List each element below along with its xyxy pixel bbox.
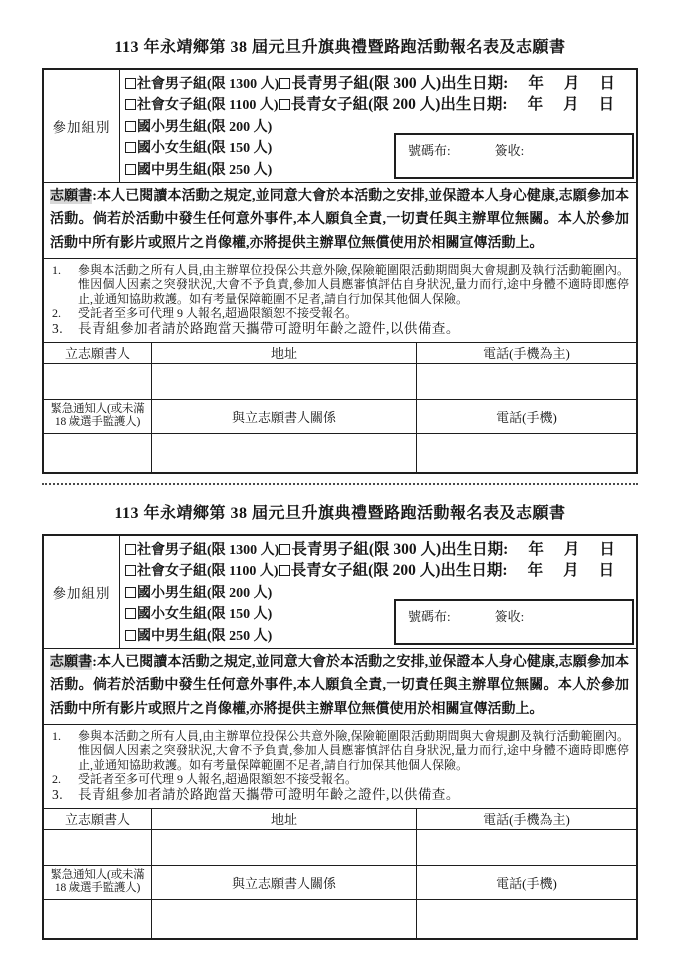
form-table: 參加組別 社會男子組(限 1300 人)長青男子組(限 300 人)出生日期:年… [42,534,638,940]
emergency-name-field[interactable] [44,434,152,472]
note-number: 1. [52,729,78,772]
option-label-senior-men: 長青男子組(限 300 人) [291,75,441,92]
checkbox-social-women[interactable] [125,99,136,110]
option-label-social-women: 社會女子組(限 1100 人) [137,564,279,579]
pledge-paragraph: 志願書:本人已閱讀本活動之規定,並同意大會於本活動之安排,並保證本人身心健康,志… [44,183,636,259]
bib-label: 號碼布: [408,606,451,625]
day-label: 日 [599,96,615,113]
pledge-heading: 志願書 [50,655,92,670]
header-applicant: 立志願書人 [44,343,152,364]
birthdate-label: 出生日期: [440,96,507,113]
category-options: 社會男子組(限 1300 人)長青男子組(限 300 人)出生日期:年月日 社會… [120,70,636,182]
month-label: 月 [564,541,580,558]
bib-label: 號碼布: [408,140,451,159]
bib-box: 號碼布:簽收: [394,599,634,645]
option-label-elementary-boys: 國小男生組(限 200 人) [137,120,272,135]
year-label: 年 [528,541,544,558]
emergency-label-line1: 緊急通知人(或未滿 [50,403,144,417]
emergency-name-field[interactable] [44,900,152,938]
pledge-paragraph: 志願書:本人已閱讀本活動之規定,並同意大會於本活動之安排,並保證本人身心健康,志… [44,649,636,725]
header-phone: 電話(手機) [417,400,636,434]
option-label-senior-women: 長青女子組(限 200 人) [291,96,441,113]
sign-label: 簽收: [495,606,525,625]
birthdate-label: 出生日期: [440,562,507,579]
pledge-heading: 志願書 [50,189,92,204]
category-label: 參加組別 [44,536,120,648]
year-label: 年 [528,96,544,113]
note-text: 長青組參加者請於路跑當天攜帶可證明年齡之證件,以供備查。 [78,320,629,338]
note-item-1: 1.參與本活動之所有人員,由主辦單位投保公共意外險,保險範圍限活動期間與大會規劃… [52,729,629,772]
month-label: 月 [563,562,579,579]
month-label: 月 [564,75,580,92]
option-label-social-men: 社會男子組(限 1300 人) [137,543,279,558]
checkbox-senior-men[interactable] [279,544,290,555]
header-applicant: 立志願書人 [44,809,152,830]
option-label-elementary-boys: 國小男生組(限 200 人) [137,586,272,601]
category-label: 參加組別 [44,70,120,182]
option-line-men: 社會男子組(限 1300 人)長青男子組(限 300 人)出生日期:年月日 [125,539,636,560]
applicant-name-field[interactable] [44,830,152,866]
note-text: 參與本活動之所有人員,由主辦單位投保公共意外險,保險範圍限活動期間與大會規劃及執… [78,263,629,306]
month-label: 月 [563,96,579,113]
category-options: 社會男子組(限 1300 人)長青男子組(限 300 人)出生日期:年月日 社會… [120,536,636,648]
checkbox-elementary-girls[interactable] [125,608,136,619]
checkbox-social-women[interactable] [125,565,136,576]
option-line-women: 社會女子組(限 1100 人)長青女子組(限 200 人)出生日期:年月日 [125,94,636,115]
day-label: 日 [599,541,615,558]
bib-number-field[interactable] [451,140,495,154]
sign-field[interactable] [524,140,568,154]
contact-table: 立志願書人 地址 電話(手機為主) 緊急通知人(或未滿 18 歲選手監護人) 與… [44,809,636,938]
note-number: 1. [52,263,78,306]
note-item-2: 2.受託者至多可代理 9 人報名,超過限額恕不接受報名。 [52,772,629,786]
bib-box: 號碼布:簽收: [394,133,634,179]
applicant-phone-field[interactable] [417,830,636,866]
applicant-address-field[interactable] [152,830,417,866]
header-phone: 電話(手機) [417,866,636,900]
form-table: 參加組別 社會男子組(限 1300 人)長青男子組(限 300 人)出生日期:年… [42,68,638,474]
note-number: 2. [52,772,78,786]
year-label: 年 [528,75,544,92]
note-text: 長青組參加者請於路跑當天攜帶可證明年齡之證件,以供備查。 [78,786,629,804]
emergency-relation-field[interactable] [152,434,417,472]
emergency-phone-field[interactable] [417,900,636,938]
emergency-phone-field[interactable] [417,434,636,472]
note-item-2: 2.受託者至多可代理 9 人報名,超過限額恕不接受報名。 [52,306,629,320]
note-number: 3. [52,786,78,804]
option-label-junior-boys: 國中男生組(限 250 人) [137,629,272,644]
checkbox-junior-boys[interactable] [125,164,136,175]
sign-label: 簽收: [495,140,525,159]
contact-table: 立志願書人 地址 電話(手機為主) 緊急通知人(或未滿 18 歲選手監護人) 與… [44,343,636,472]
checkbox-social-men[interactable] [125,78,136,89]
emergency-label-line2: 18 歲選手監護人) [55,882,140,896]
form-copy-1: 113 年永靖鄉第 38 屆元旦升旗典禮暨路跑活動報名表及志願書 參加組別 社會… [42,34,638,474]
header-emergency-contact: 緊急通知人(或未滿 18 歲選手監護人) [44,400,152,434]
category-row: 參加組別 社會男子組(限 1300 人)長青男子組(限 300 人)出生日期:年… [44,536,636,649]
note-item-1: 1.參與本活動之所有人員,由主辦單位投保公共意外險,保險範圍限活動期間與大會規劃… [52,263,629,306]
option-label-senior-men: 長青男子組(限 300 人) [291,541,441,558]
checkbox-junior-boys[interactable] [125,630,136,641]
bib-number-field[interactable] [451,606,495,620]
applicant-name-field[interactable] [44,364,152,400]
emergency-relation-field[interactable] [152,900,417,938]
notes-list: 1.參與本活動之所有人員,由主辦單位投保公共意外險,保險範圍限活動期間與大會規劃… [44,725,636,809]
checkbox-elementary-girls[interactable] [125,142,136,153]
day-label: 日 [599,562,615,579]
applicant-address-field[interactable] [152,364,417,400]
pledge-text: :本人已閱讀本活動之規定,並同意大會於本活動之安排,並保證本人身心健康,志願參加… [50,655,629,717]
option-line-men: 社會男子組(限 1300 人)長青男子組(限 300 人)出生日期:年月日 [125,73,636,94]
checkbox-elementary-boys[interactable] [125,587,136,598]
header-address: 地址 [152,343,417,364]
checkbox-senior-women[interactable] [279,565,290,576]
category-row: 參加組別 社會男子組(限 1300 人)長青男子組(限 300 人)出生日期:年… [44,70,636,183]
header-phone-primary: 電話(手機為主) [417,809,636,830]
form-title: 113 年永靖鄉第 38 屆元旦升旗典禮暨路跑活動報名表及志願書 [42,34,638,57]
option-label-elementary-girls: 國小女生組(限 150 人) [137,141,272,156]
form-copy-2: 113 年永靖鄉第 38 屆元旦升旗典禮暨路跑活動報名表及志願書 參加組別 社會… [42,500,638,940]
emergency-label-line2: 18 歲選手監護人) [55,416,140,430]
note-number: 2. [52,306,78,320]
notes-list: 1.參與本活動之所有人員,由主辦單位投保公共意外險,保險範圍限活動期間與大會規劃… [44,259,636,343]
header-phone-primary: 電話(手機為主) [417,343,636,364]
day-label: 日 [599,75,615,92]
note-text: 參與本活動之所有人員,由主辦單位投保公共意外險,保險範圍限活動期間與大會規劃及執… [78,729,629,772]
birthdate-label: 出生日期: [441,75,508,92]
option-label-social-men: 社會男子組(限 1300 人) [137,77,279,92]
header-relation: 與立志願書人關係 [152,866,417,900]
checkbox-elementary-boys[interactable] [125,121,136,132]
note-item-3: 3.長青組參加者請於路跑當天攜帶可證明年齡之證件,以供備查。 [52,320,629,338]
sign-field[interactable] [524,606,568,620]
option-label-junior-boys: 國中男生組(限 250 人) [137,163,272,178]
emergency-label-line1: 緊急通知人(或未滿 [50,869,144,883]
checkbox-senior-men[interactable] [279,78,290,89]
header-relation: 與立志願書人關係 [152,400,417,434]
option-label-senior-women: 長青女子組(限 200 人) [291,562,441,579]
note-text: 受託者至多可代理 9 人報名,超過限額恕不接受報名。 [78,772,629,786]
checkbox-social-men[interactable] [125,544,136,555]
option-label-social-women: 社會女子組(限 1100 人) [137,98,279,113]
header-emergency-contact: 緊急通知人(或未滿 18 歲選手監護人) [44,866,152,900]
year-label: 年 [528,562,544,579]
option-line-women: 社會女子組(限 1100 人)長青女子組(限 200 人)出生日期:年月日 [125,560,636,581]
note-number: 3. [52,320,78,338]
applicant-phone-field[interactable] [417,364,636,400]
cut-line-separator [42,483,638,485]
birthdate-label: 出生日期: [441,541,508,558]
checkbox-senior-women[interactable] [279,99,290,110]
note-item-3: 3.長青組參加者請於路跑當天攜帶可證明年齡之證件,以供備查。 [52,786,629,804]
option-label-elementary-girls: 國小女生組(限 150 人) [137,607,272,622]
header-address: 地址 [152,809,417,830]
pledge-text: :本人已閱讀本活動之規定,並同意大會於本活動之安排,並保證本人身心健康,志願參加… [50,189,629,251]
form-title: 113 年永靖鄉第 38 屆元旦升旗典禮暨路跑活動報名表及志願書 [42,500,638,523]
note-text: 受託者至多可代理 9 人報名,超過限額恕不接受報名。 [78,306,629,320]
